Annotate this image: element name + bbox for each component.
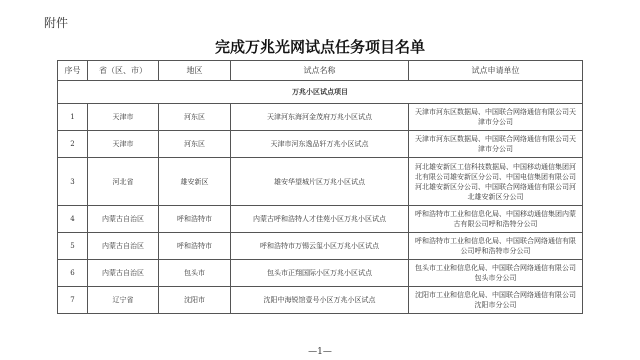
table-row: 7 辽宁省 沈阳市 沈阳中海锐馆壹号小区万兆小区试点 沈阳市工业和信息化局、中国… bbox=[58, 287, 583, 314]
header-area: 地区 bbox=[159, 61, 231, 81]
cell-no: 3 bbox=[58, 158, 88, 206]
cell-applicant: 包头市工业和信息化局、中国联合网络通信有限公司包头市分公司 bbox=[409, 260, 583, 287]
header-no: 序号 bbox=[58, 61, 88, 81]
cell-applicant: 天津市河东区数据局、中国联合网络通信有限公司天津市分公司 bbox=[409, 131, 583, 158]
cell-pilot-name: 天津市河东逸品轩万兆小区试点 bbox=[231, 131, 409, 158]
cell-no: 7 bbox=[58, 287, 88, 314]
cell-applicant: 呼和浩特市工业和信息化局、中国联合网络通信有限公司呼和浩特市分公司 bbox=[409, 233, 583, 260]
cell-area: 河东区 bbox=[159, 131, 231, 158]
cell-province: 河北省 bbox=[88, 158, 159, 206]
cell-applicant: 河北雄安新区工信科技数据局、中国移动通信集团河北有限公司雄安新区分公司、中国电信… bbox=[409, 158, 583, 206]
page-number: —1— bbox=[0, 347, 640, 357]
table-row: 4 内蒙古自治区 呼和浩特市 内蒙古呼和浩特人才佳苑小区万兆小区试点 呼和浩特市… bbox=[58, 206, 583, 233]
cell-province: 内蒙古自治区 bbox=[88, 206, 159, 233]
cell-pilot-name: 天津河东海河金茂府万兆小区试点 bbox=[231, 104, 409, 131]
cell-province: 辽宁省 bbox=[88, 287, 159, 314]
cell-area: 沈阳市 bbox=[159, 287, 231, 314]
cell-pilot-name: 内蒙古呼和浩特人才佳苑小区万兆小区试点 bbox=[231, 206, 409, 233]
table-row: 5 内蒙古自治区 呼和浩特市 呼和浩特市万锡云玺小区万兆小区试点 呼和浩特市工业… bbox=[58, 233, 583, 260]
cell-province: 内蒙古自治区 bbox=[88, 260, 159, 287]
document-title: 完成万兆光网试点任务项目名单 bbox=[0, 36, 640, 57]
cell-area: 呼和浩特市 bbox=[159, 233, 231, 260]
cell-applicant: 沈阳市工业和信息化局、中国联合网络通信有限公司沈阳市分公司 bbox=[409, 287, 583, 314]
table-row: 3 河北省 雄安新区 雄安华望城片区万兆小区试点 河北雄安新区工信科技数据局、中… bbox=[58, 158, 583, 206]
cell-area: 呼和浩特市 bbox=[159, 206, 231, 233]
section-row: 万兆小区试点项目 bbox=[58, 81, 583, 104]
cell-applicant: 天津市河东区数据局、中国联合网络通信有限公司天津市分公司 bbox=[409, 104, 583, 131]
header-pilot-name: 试点名称 bbox=[231, 61, 409, 81]
cell-area: 包头市 bbox=[159, 260, 231, 287]
cell-no: 4 bbox=[58, 206, 88, 233]
cell-pilot-name: 包头市正翔国际小区万兆小区试点 bbox=[231, 260, 409, 287]
table-header-row: 序号 省（区、市） 地区 试点名称 试点申请单位 bbox=[58, 61, 583, 81]
header-province: 省（区、市） bbox=[88, 61, 159, 81]
cell-province: 天津市 bbox=[88, 131, 159, 158]
cell-province: 天津市 bbox=[88, 104, 159, 131]
attachment-label: 附件 bbox=[44, 14, 68, 31]
table-row: 6 内蒙古自治区 包头市 包头市正翔国际小区万兆小区试点 包头市工业和信息化局、… bbox=[58, 260, 583, 287]
pilot-project-table: 序号 省（区、市） 地区 试点名称 试点申请单位 万兆小区试点项目 1 天津市 … bbox=[57, 60, 583, 314]
header-applicant: 试点申请单位 bbox=[409, 61, 583, 81]
cell-pilot-name: 呼和浩特市万锡云玺小区万兆小区试点 bbox=[231, 233, 409, 260]
cell-province: 内蒙古自治区 bbox=[88, 233, 159, 260]
cell-applicant: 呼和浩特市工业和信息化局、中国移动通信集团内蒙古有限公司呼和浩特分公司 bbox=[409, 206, 583, 233]
cell-no: 6 bbox=[58, 260, 88, 287]
cell-pilot-name: 雄安华望城片区万兆小区试点 bbox=[231, 158, 409, 206]
cell-no: 2 bbox=[58, 131, 88, 158]
cell-no: 5 bbox=[58, 233, 88, 260]
table-row: 2 天津市 河东区 天津市河东逸品轩万兆小区试点 天津市河东区数据局、中国联合网… bbox=[58, 131, 583, 158]
cell-pilot-name: 沈阳中海锐馆壹号小区万兆小区试点 bbox=[231, 287, 409, 314]
cell-area: 雄安新区 bbox=[159, 158, 231, 206]
cell-no: 1 bbox=[58, 104, 88, 131]
section-title: 万兆小区试点项目 bbox=[58, 81, 583, 104]
table-row: 1 天津市 河东区 天津河东海河金茂府万兆小区试点 天津市河东区数据局、中国联合… bbox=[58, 104, 583, 131]
cell-area: 河东区 bbox=[159, 104, 231, 131]
